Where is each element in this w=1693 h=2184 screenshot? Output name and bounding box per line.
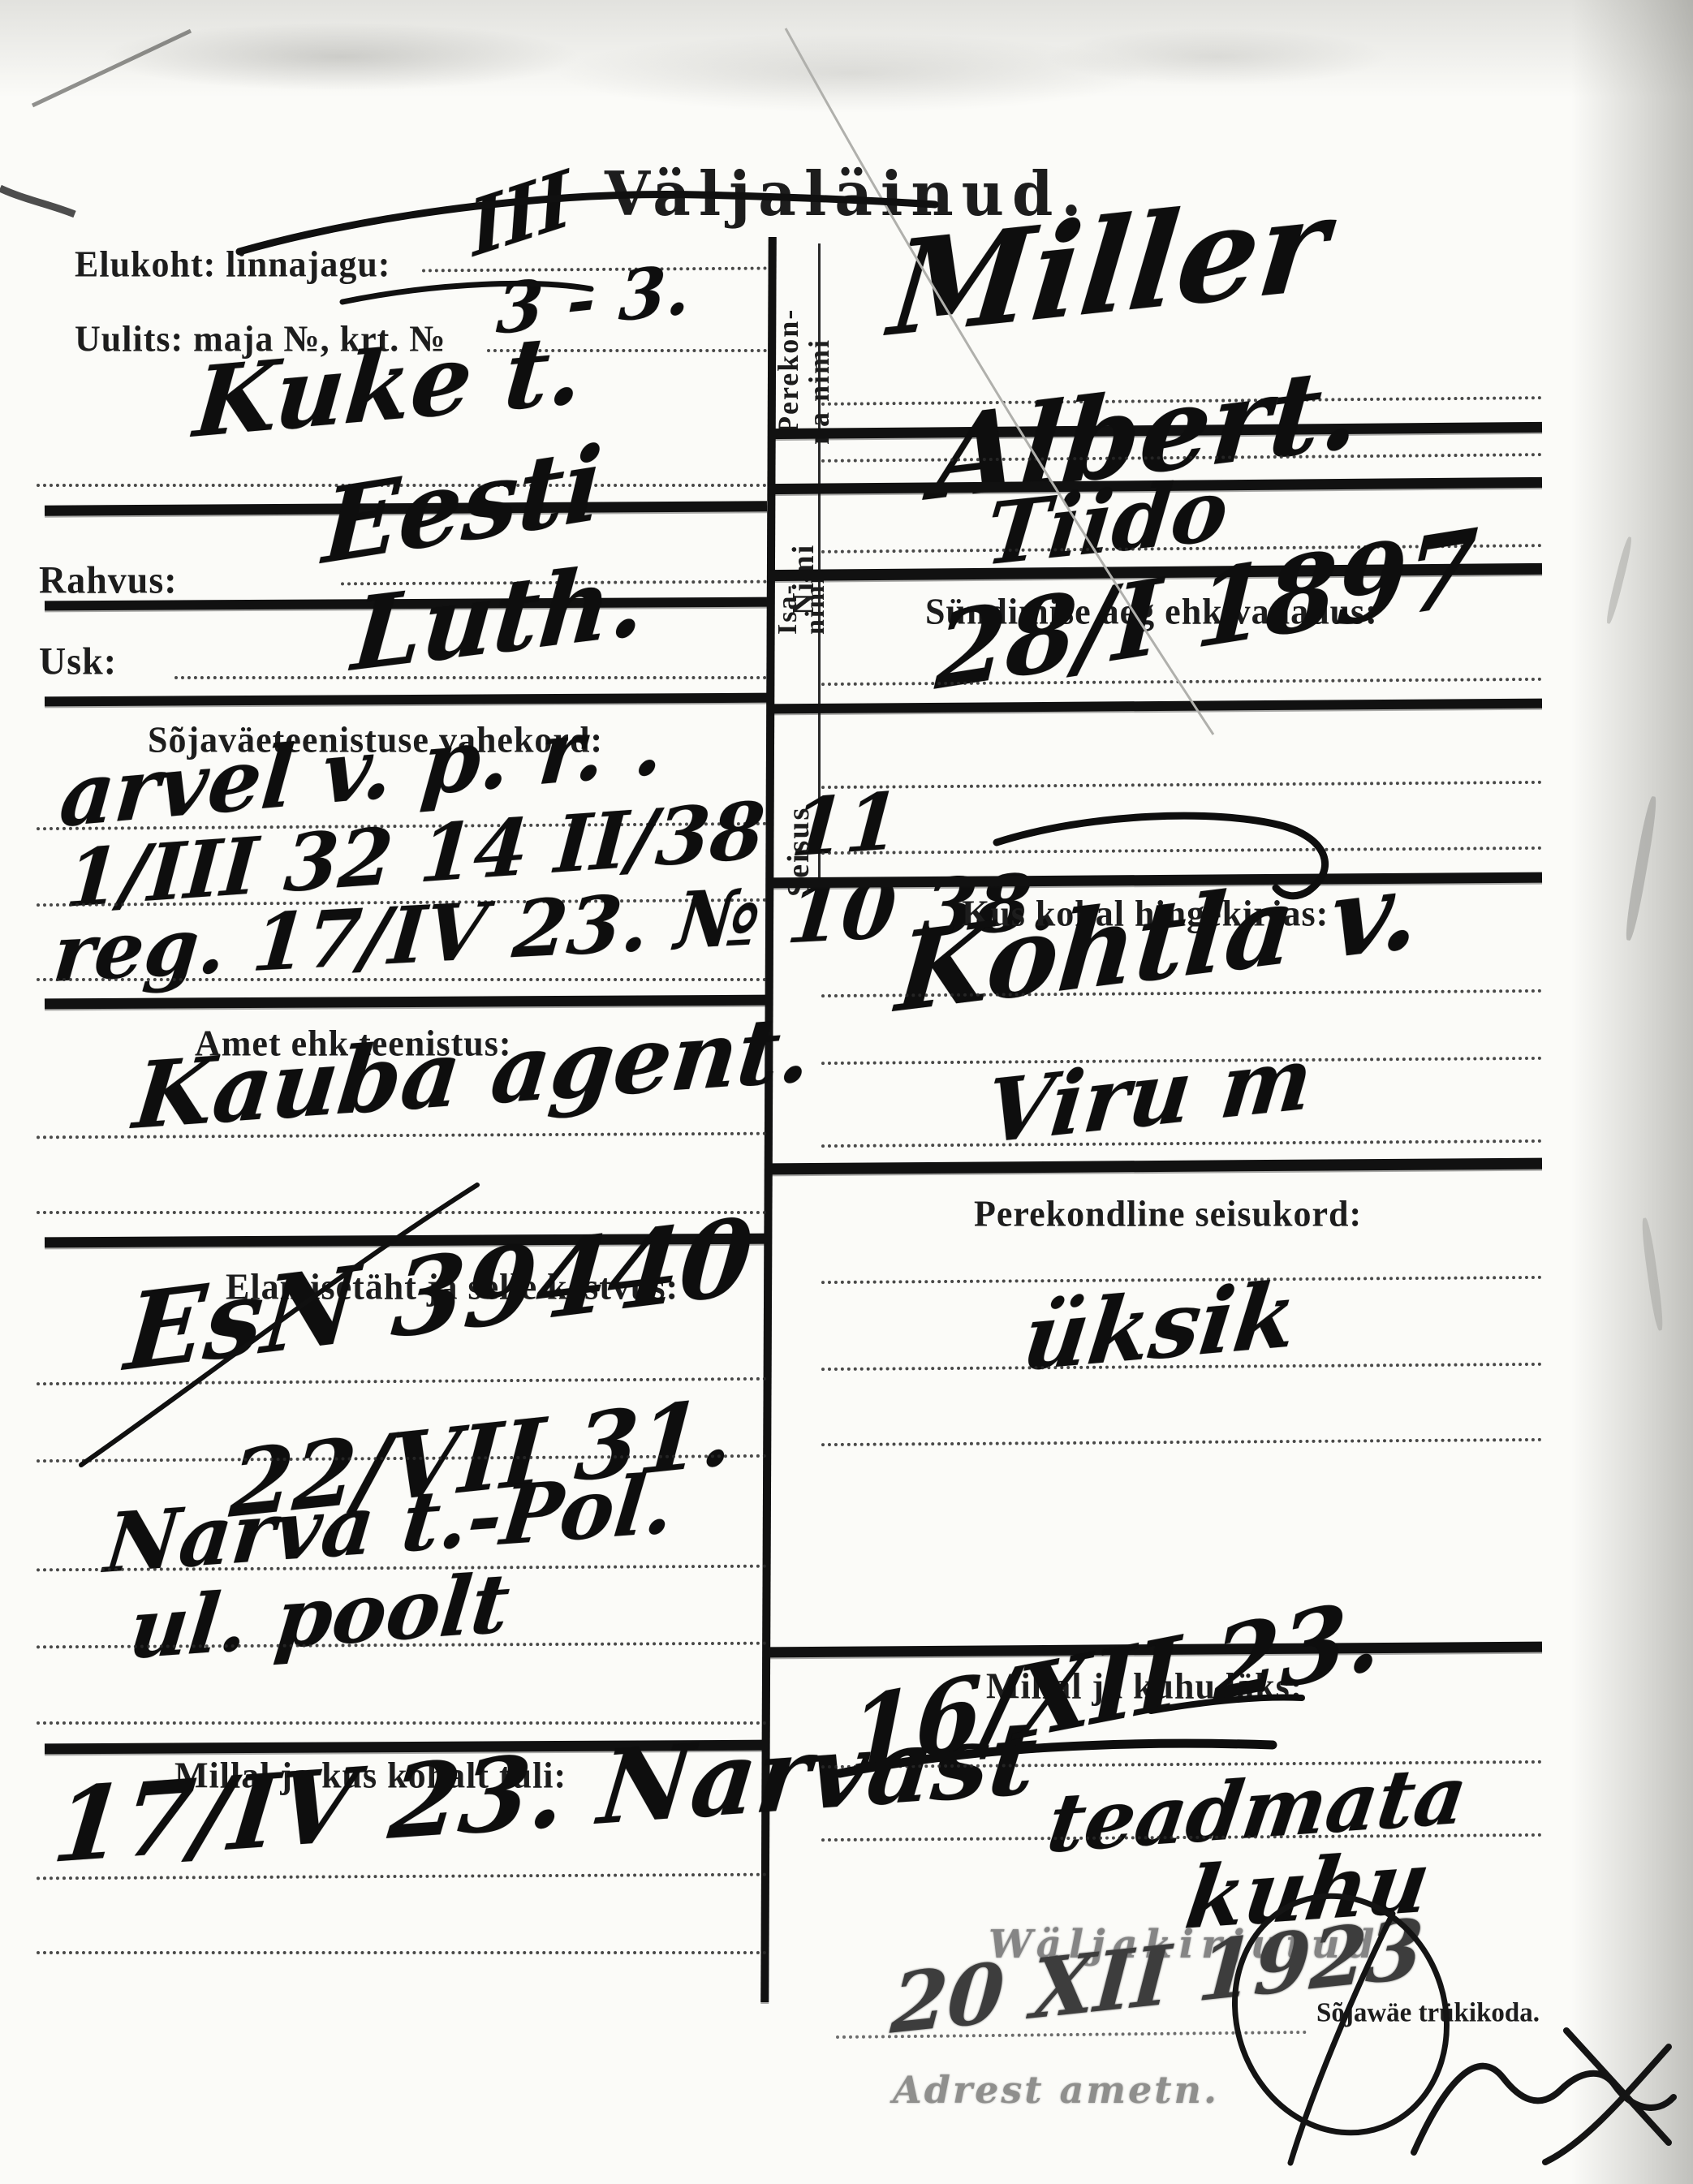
printer-credit: Sõjawäe trükikoda. <box>1316 1997 1540 2028</box>
permit-entry-1: EsN 39440 <box>122 1204 756 1386</box>
residence-label: Elukoht: linnajagu: <box>75 243 390 286</box>
street-entry: Kuke t. <box>191 321 587 451</box>
dotted-line <box>821 781 1542 789</box>
dotted-line <box>821 1438 1542 1446</box>
nationality-label: Rahvus: <box>39 558 178 602</box>
surname-label-line1: Perekon- <box>773 248 805 434</box>
registry-entry-2: Viru m <box>982 1034 1316 1156</box>
departure-date-entry: 16/XII 23. <box>848 1584 1381 1787</box>
dotted-line <box>821 846 1542 855</box>
district-entry: III <box>467 160 575 268</box>
permit-entry-4: ul. poolt <box>126 1562 513 1670</box>
torn-right-edge <box>1571 0 1693 2184</box>
dotted-line <box>37 1951 767 1954</box>
dotted-line <box>37 1721 767 1725</box>
scanned-registration-card: Väljaläinud. Elukoht: linnajagu: III Uul… <box>0 0 1693 2184</box>
religion-label: Usk: <box>39 639 117 683</box>
status-label: Seisus <box>781 734 816 897</box>
edge-ink-mark <box>0 188 75 214</box>
family-status-label: Perekondline seisukord: <box>974 1192 1362 1235</box>
torn-top-edge <box>0 0 1693 122</box>
clerk-note: Adrest ametn. <box>893 2068 1219 2112</box>
heavy-rule <box>769 1158 1542 1175</box>
surname-label-line2: na nimi <box>803 258 836 445</box>
dotted-line <box>37 978 767 981</box>
heavy-rule <box>769 699 1542 714</box>
dotted-line <box>821 678 1542 686</box>
